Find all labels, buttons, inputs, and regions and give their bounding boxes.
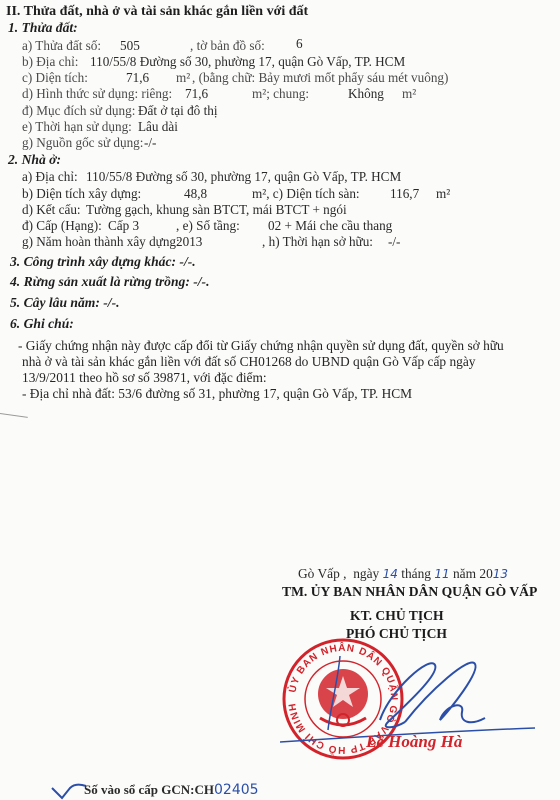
build-area-label: b) Diện tích xây dựng: — [22, 186, 141, 201]
completion-year-value: 2013 — [176, 234, 202, 249]
floor-area-unit: m² — [436, 186, 450, 201]
month-label: tháng — [401, 566, 431, 581]
grade-label: đ) Cấp (Hạng): — [22, 218, 102, 233]
year-suffix: 13 — [493, 567, 508, 581]
house-address-value: 110/55/8 Đường số 30, phường 17, quận Gò… — [86, 169, 401, 184]
stray-mark — [0, 413, 28, 418]
production-forest: 4. Rừng sản xuất là rừng trồng: -/-. — [10, 274, 209, 289]
land-address-label: b) Địa chỉ: — [22, 54, 78, 69]
usage-shared-unit: m² — [402, 86, 416, 101]
map-sheet-label: , tờ bản đồ số: — [190, 38, 265, 53]
land-area-value: 71,6 — [126, 70, 149, 85]
land-address-value: 110/55/8 Đường số 30, phường 17, quận Gò… — [90, 54, 405, 69]
registry-prefix: CH — [195, 782, 215, 797]
registry-number: Số vào sổ cấp GCN:CH02405 — [84, 782, 259, 798]
on-behalf-of: KT. CHỦ TỊCH — [350, 608, 444, 623]
registry-label: Số vào sổ cấp GCN: — [84, 782, 195, 797]
note-line-1: - Giấy chứng nhận này được cấp đổi từ Gi… — [18, 338, 504, 353]
day-label: ngày — [353, 566, 379, 581]
month-value: 11 — [434, 567, 449, 581]
usage-purpose-value: Đất ở tại đô thị — [138, 103, 218, 118]
floors-value: 02 + Mái che cầu thang — [268, 218, 392, 233]
note-line-4: - Địa chỉ nhà đất: 53/6 đường số 31, phư… — [22, 386, 412, 401]
land-heading: 1. Thửa đất: — [8, 20, 78, 35]
usage-term-label: e) Thời hạn sử dụng: — [22, 119, 132, 134]
other-construction: 3. Công trình xây dựng khác: -/-. — [10, 254, 196, 269]
usage-form-label: d) Hình thức sử dụng: riêng: — [22, 86, 172, 101]
ownership-term-label: , h) Thời hạn sở hữu: — [262, 234, 373, 249]
registry-handwritten-number: 02405 — [214, 782, 259, 798]
issuing-authority: TM. ỦY BAN NHÂN DÂN QUẬN GÒ VẤP — [282, 584, 537, 599]
house-address-label: a) Địa chỉ: — [22, 169, 78, 184]
land-area-unit: m² — [176, 70, 190, 85]
grade-value: Cấp 3 — [108, 218, 139, 233]
usage-purpose-label: đ) Mục đích sử dụng: — [22, 103, 135, 118]
land-parcel-value: 505 — [120, 38, 140, 53]
usage-private-value: 71,6 — [185, 86, 208, 101]
structure-value: Tường gạch, khung sàn BTCT, mái BTCT + n… — [86, 202, 347, 217]
usage-origin-value: -/- — [144, 135, 156, 150]
signer-name: Lê Hoàng Hà — [366, 734, 462, 749]
ownership-term-value: -/- — [388, 234, 400, 249]
map-sheet-value: 6 — [296, 36, 303, 51]
certificate-page: II. Thửa đất, nhà ở và tài sản khác gắn … — [0, 0, 560, 800]
usage-origin-label: g) Nguồn gốc sử dụng: — [22, 135, 143, 150]
usage-shared-label: m²; chung: — [252, 86, 309, 101]
completion-year-label: g) Năm hoàn thành xây dựng: — [22, 234, 180, 249]
section-title: II. Thửa đất, nhà ở và tài sản khác gắn … — [6, 4, 308, 19]
structure-label: d) Kết cấu: — [22, 202, 81, 217]
land-parcel-label: a) Thửa đất số: — [22, 38, 101, 53]
perennial-trees: 5. Cây lâu năm: -/-. — [10, 295, 120, 310]
usage-shared-value: Không — [348, 86, 384, 101]
floors-label: , e) Số tầng: — [176, 218, 240, 233]
floor-area-value: 116,7 — [390, 186, 419, 201]
land-area-label: c) Diện tích: — [22, 70, 88, 85]
notes-heading: 6. Ghi chú: — [10, 316, 74, 331]
note-line-3: 13/9/2011 theo hồ sơ số 39871, với đặc đ… — [22, 370, 267, 385]
date-line: Gò Vấp , ngày 14 tháng 11 năm 2013 — [298, 566, 508, 582]
note-line-2: nhà ở và tài sản khác gắn liền với đất s… — [22, 354, 475, 369]
place: Gò Vấp , — [298, 566, 346, 581]
year-label: năm 20 — [453, 566, 493, 581]
house-heading: 2. Nhà ở: — [8, 152, 61, 167]
usage-term-value: Lâu dài — [138, 119, 178, 134]
day-value: 14 — [383, 567, 398, 581]
build-area-value: 48,8 — [184, 186, 207, 201]
land-area-words: , (bằng chữ: Bảy mươi mốt phẩy sáu mét v… — [192, 70, 448, 85]
floor-area-label: m², c) Diện tích sàn: — [252, 186, 360, 201]
